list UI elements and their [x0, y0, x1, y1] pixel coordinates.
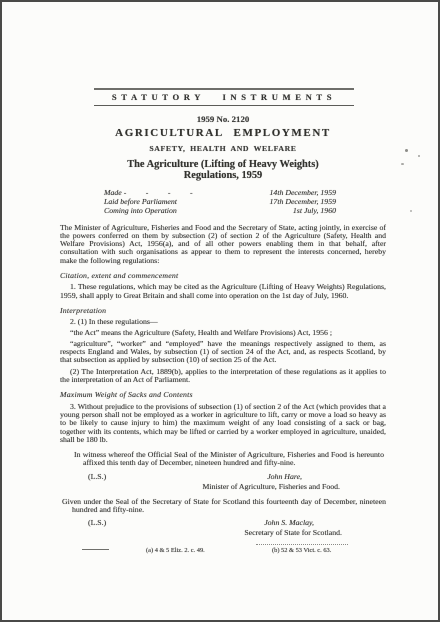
regulation-3-paragraph: 3. Without prejudice to the provisions o… — [60, 403, 386, 444]
given-clause: Given under the Seal of the Secretary of… — [62, 498, 386, 515]
si-number: 1959 No. 2120 — [60, 115, 386, 123]
date-row-laid: Laid before Parliament 17th December, 19… — [104, 197, 336, 206]
document-title-line2: Regulations, 1959 — [60, 170, 386, 182]
subcategory-heading: SAFETY, HEALTH AND WELFARE — [60, 145, 386, 153]
date-value: 14th December, 1959 — [270, 188, 336, 197]
definition-agriculture-worker-employed: “agriculture”, “worker” and “employed” h… — [60, 340, 386, 365]
scan-speck — [401, 163, 404, 165]
regulation-2-2-paragraph: (2) The Interpretation Act, 1889(b), app… — [60, 368, 386, 385]
date-label: Coming into Operation — [104, 206, 177, 215]
signature-name-john-hare: John Hare, — [267, 473, 302, 481]
date-label: Made - - - - — [104, 188, 193, 197]
signature-title-minister: Minister of Agriculture, Fisheries and F… — [60, 483, 340, 491]
footnote-b: (b) 52 & 53 Vict. c. 63. — [272, 547, 331, 555]
section-heading-citation: Citation, extent and commencement — [60, 272, 386, 280]
page-content: STATUTORY INSTRUMENTS 1959 No. 2120 AGRI… — [60, 88, 386, 558]
witness-clause: In witness whereof the Official Seal of … — [74, 451, 384, 468]
date-value: 1st July, 1960 — [293, 206, 336, 215]
section-heading-interpretation: Interpretation — [60, 307, 386, 315]
footnotes: (a) 4 & 5 Eliz. 2. c. 49. (b) 52 & 53 Vi… — [60, 546, 386, 558]
document-title-line1: The Agriculture (Lifting of Heavy Weight… — [60, 159, 386, 171]
dates-table: Made - - - - 14th December, 1959 Laid be… — [104, 188, 336, 216]
footnote-a: (a) 4 & 5 Eliz. 2. c. 49. — [146, 547, 205, 555]
signature-block-minister: (L.S.) John Hare, — [60, 473, 386, 481]
footnote-separator-rule — [82, 549, 109, 550]
section-heading-maximum-weight: Maximum Weight of Sacks and Contents — [60, 391, 386, 399]
date-label: Laid before Parliament — [104, 197, 177, 206]
footnote-dotted-rule — [256, 544, 348, 545]
scan-speck — [405, 149, 408, 152]
preamble-paragraph: The Minister of Agriculture, Fisheries a… — [60, 224, 386, 265]
document-title: The Agriculture (Lifting of Heavy Weight… — [60, 159, 386, 182]
regulation-1-paragraph: 1. These regulations, which may be cited… — [60, 283, 386, 300]
date-row-operation: Coming into Operation 1st July, 1960 — [104, 206, 336, 215]
signature-block-secretary: (L.S.) John S. Maclay, — [60, 519, 386, 527]
date-value: 17th December, 1959 — [270, 197, 336, 206]
scanned-page: STATUTORY INSTRUMENTS 1959 No. 2120 AGRI… — [0, 0, 440, 622]
signature-title-secretary: Secretary of State for Scotland. — [60, 529, 342, 537]
statutory-instruments-banner: STATUTORY INSTRUMENTS — [94, 88, 354, 106]
definition-the-act: “the Act” means the Agriculture (Safety,… — [60, 329, 386, 337]
date-row-made: Made - - - - 14th December, 1959 — [104, 188, 336, 197]
scan-speck — [410, 210, 412, 212]
scan-speck — [418, 155, 420, 157]
category-heading: AGRICULTURAL EMPLOYMENT — [60, 129, 386, 137]
seal-mark: (L.S.) — [88, 473, 106, 481]
seal-mark: (L.S.) — [88, 519, 106, 527]
banner-text: STATUTORY INSTRUMENTS — [112, 92, 336, 102]
regulation-2-1-paragraph: 2. (1) In these regulations— — [60, 318, 386, 326]
signature-name-john-maclay: John S. Maclay, — [264, 519, 314, 527]
